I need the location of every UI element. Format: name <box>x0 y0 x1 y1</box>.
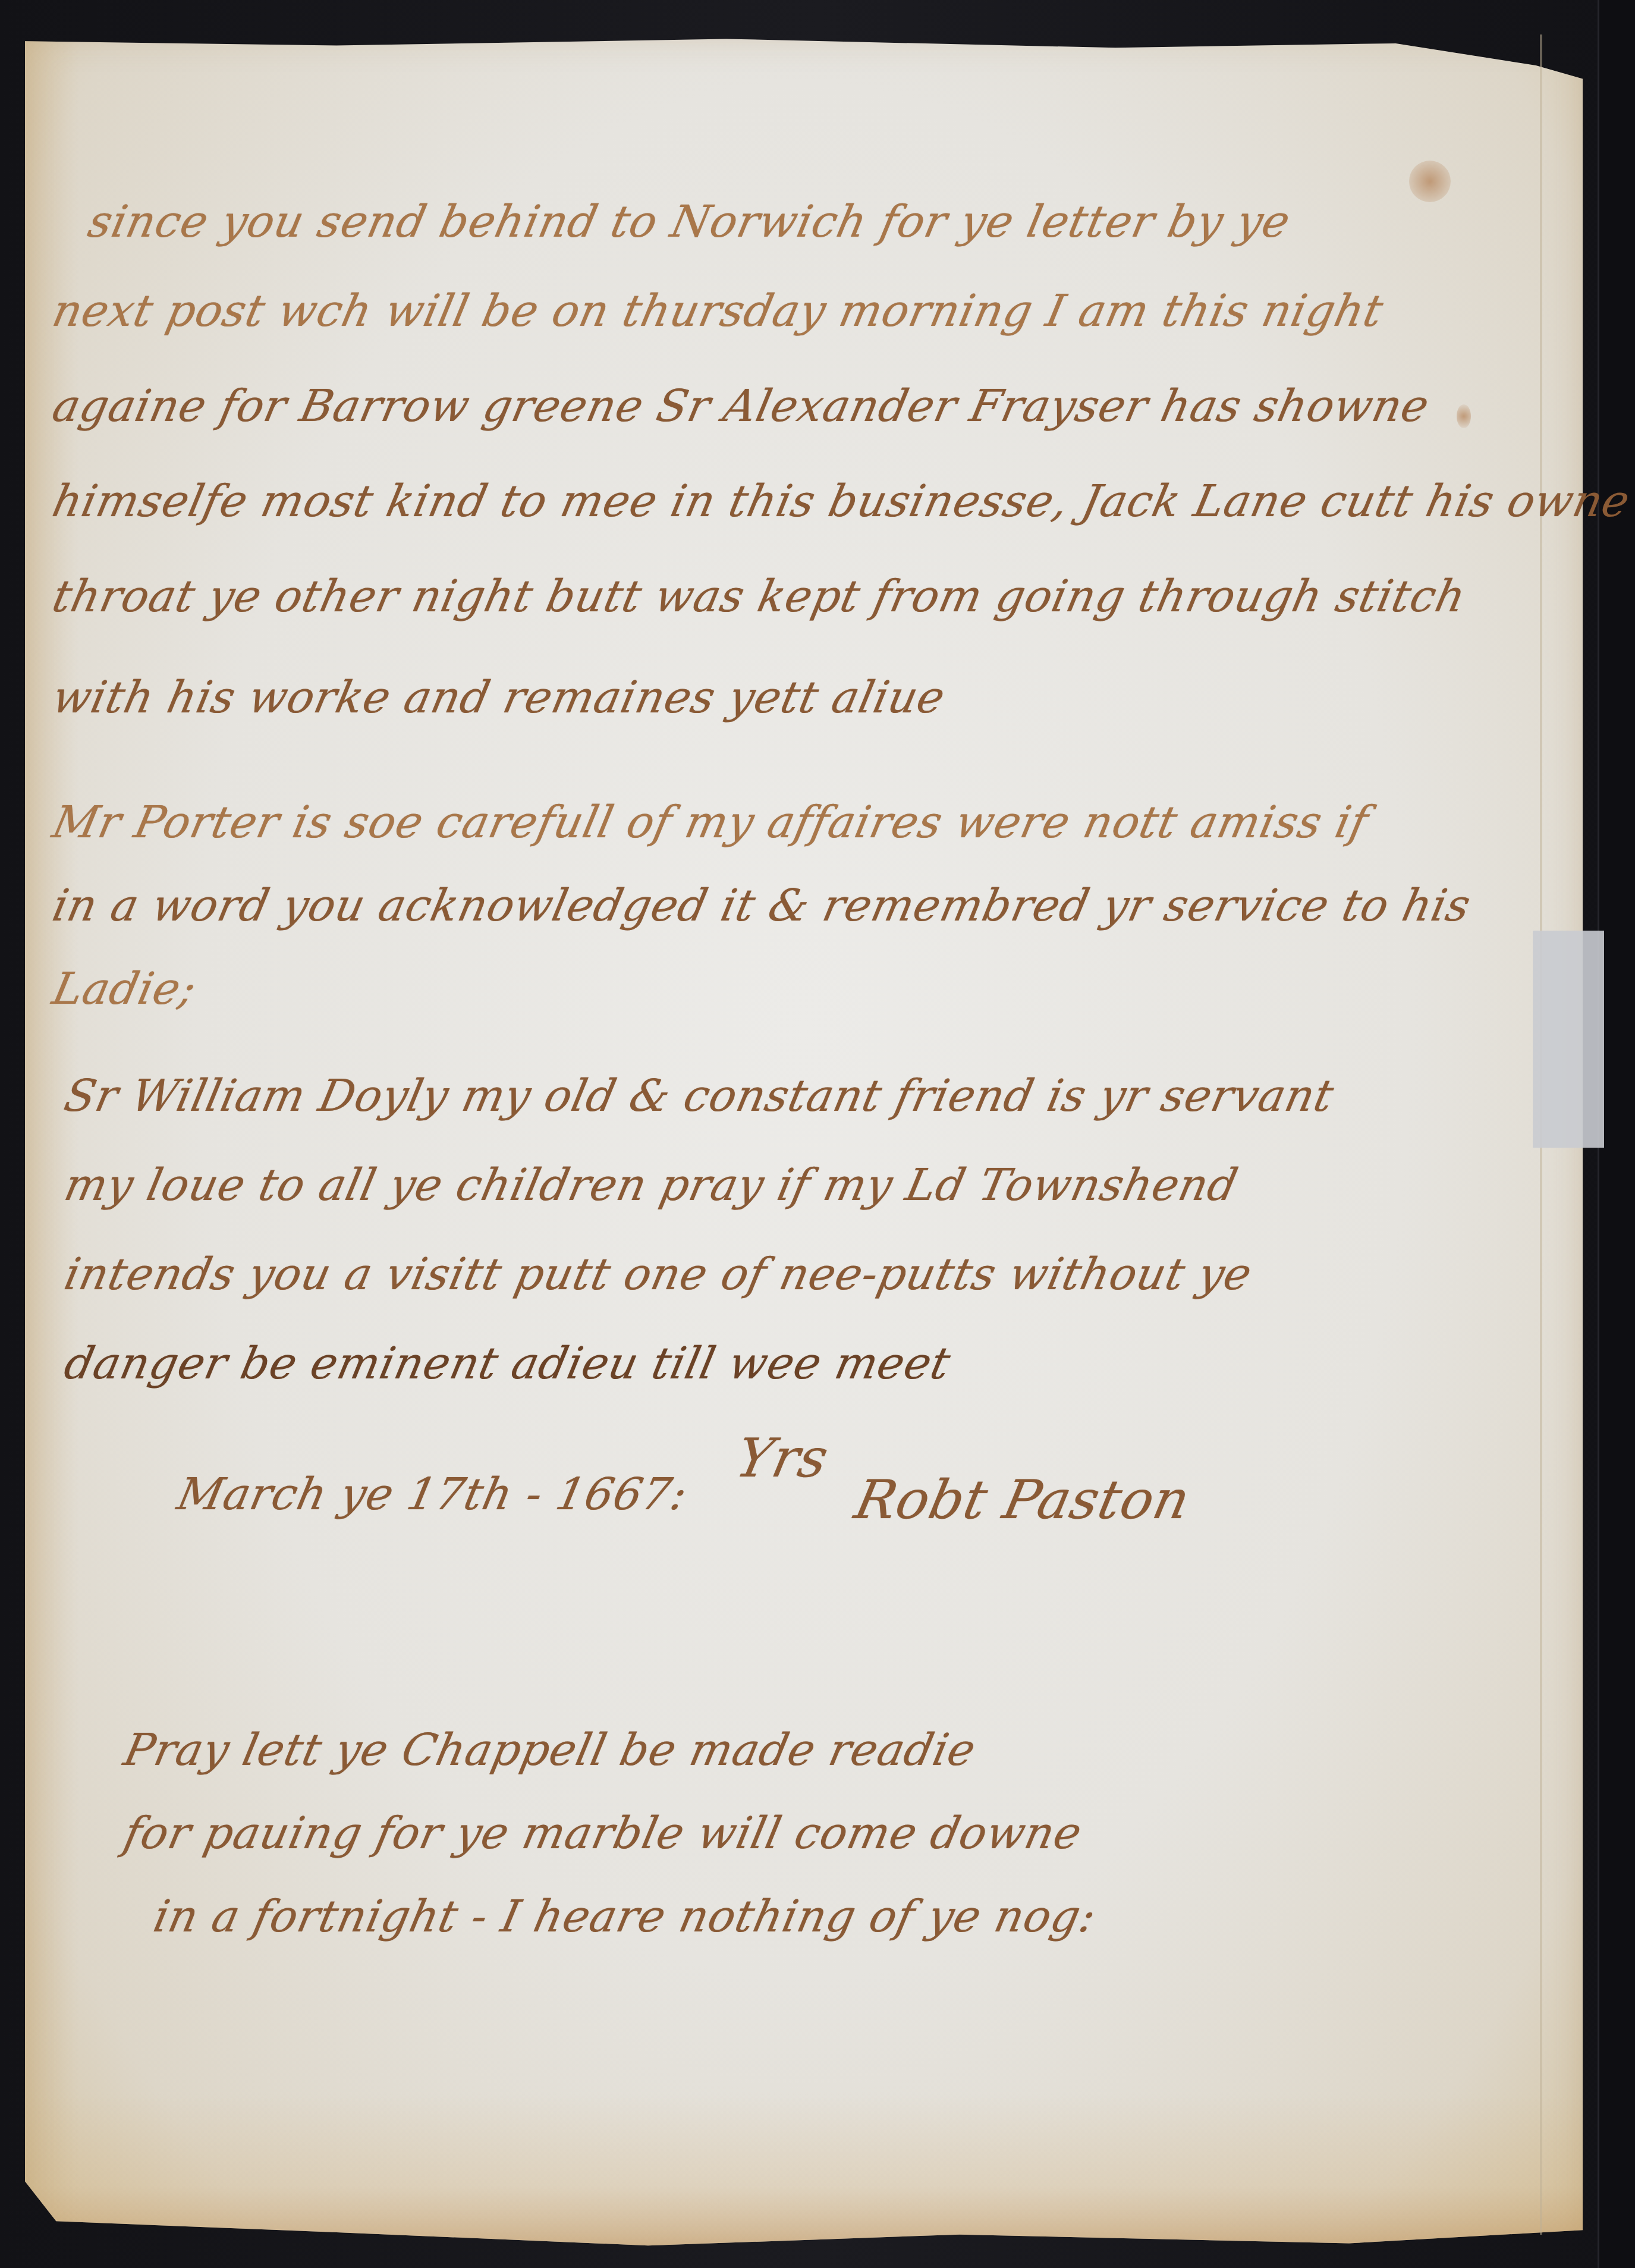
signature: Robt Paston <box>850 1469 1196 1531</box>
letter-date: March ye 17th - 1667: <box>173 1469 692 1520</box>
letter-line: himselfe most kind to mee in this busine… <box>48 476 1634 527</box>
letter-line: next post wch will be on thursday mornin… <box>48 285 1388 337</box>
letter-line: Sr William Doyly my old & constant frien… <box>60 1070 1338 1122</box>
repair-tape <box>1533 931 1604 1148</box>
letter-line: danger be eminent adieu till wee meet <box>60 1338 955 1389</box>
closing-word: Yrs <box>731 1427 834 1490</box>
letter-line: againe for Barrow greene Sr Alexander Fr… <box>48 381 1434 432</box>
letter-line: Ladie; <box>48 963 201 1014</box>
ink-stain <box>1409 161 1451 202</box>
postscript-line: Pray lett ye Chappell be made readie <box>120 1724 980 1776</box>
letter-line: my loue to all ye children pray if my Ld… <box>60 1160 1243 1211</box>
ink-stain <box>1457 404 1471 428</box>
letter-line: since you send behind to Norwich for ye … <box>84 196 1295 247</box>
letter-line: in a word you acknowledged it & remembre… <box>48 880 1476 931</box>
letter-line: Mr Porter is soe carefull of my affaires… <box>48 797 1373 848</box>
letter-line: intends you a visitt putt one of nee-put… <box>60 1249 1257 1300</box>
postscript-line: for pauing for ye marble will come downe <box>120 1808 1087 1859</box>
letter-line: with his worke and remaines yett aliue <box>48 672 950 723</box>
letter-line: throat ye other night butt was kept from… <box>48 571 1471 622</box>
postscript-line: in a fortnight - I heare nothing of ye n… <box>149 1891 1101 1942</box>
